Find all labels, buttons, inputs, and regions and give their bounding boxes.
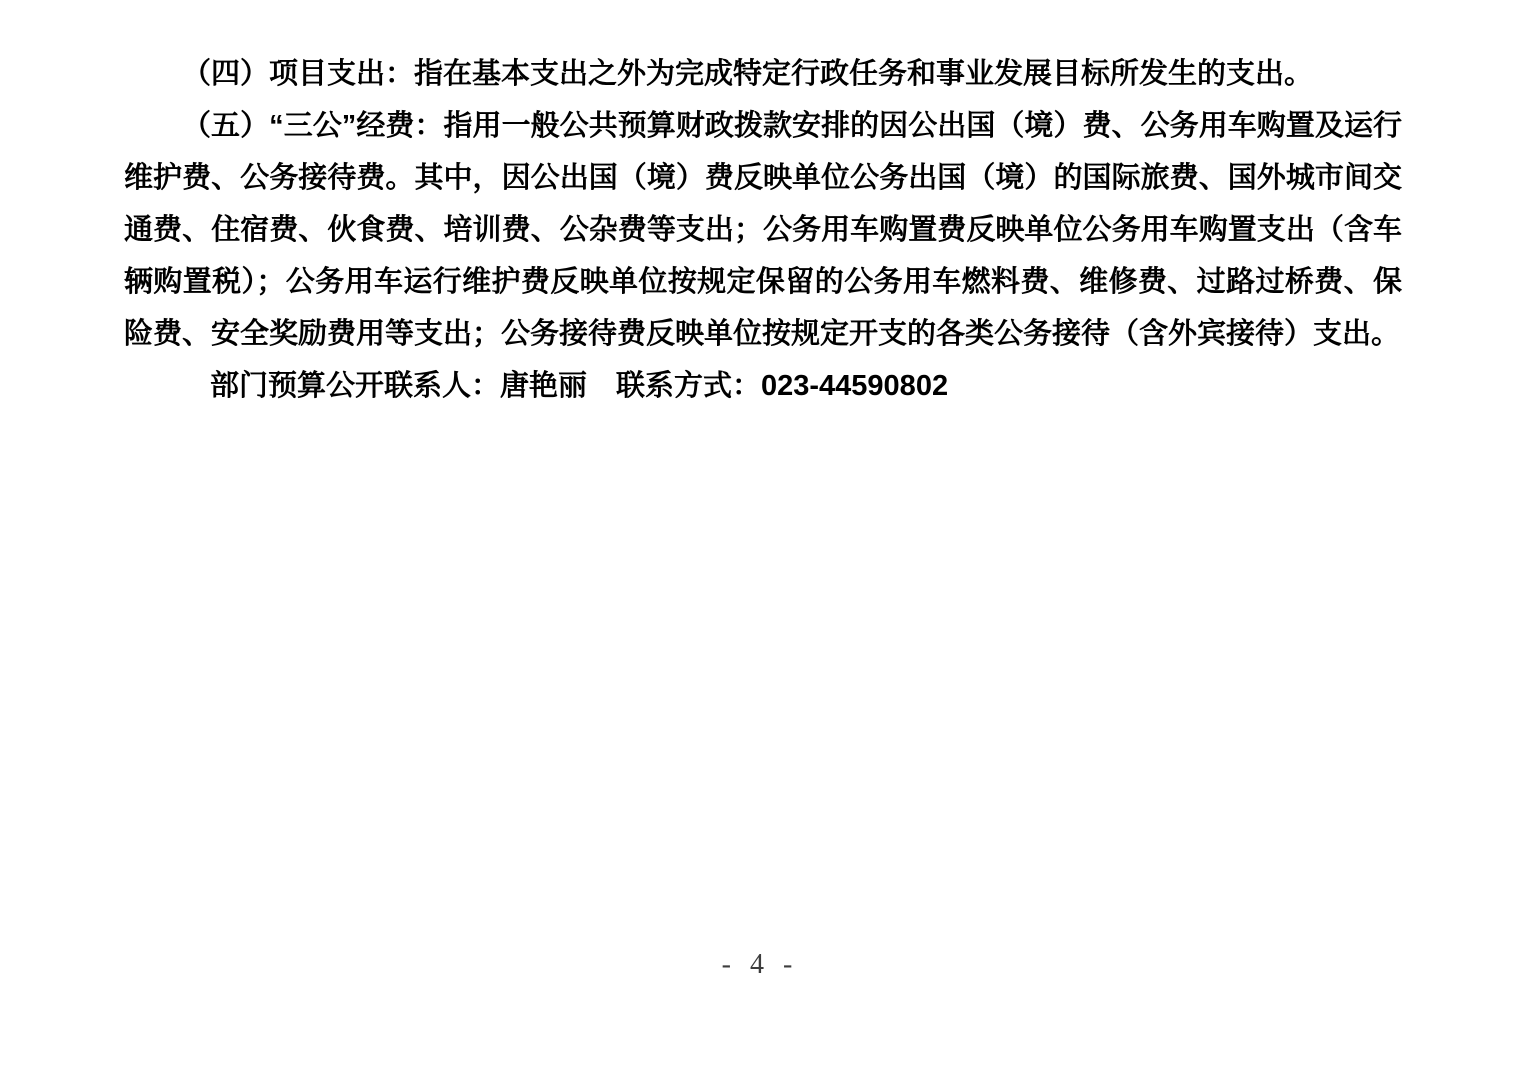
budget-contact-line: 部门预算公开联系人：唐艳丽 联系方式：023-44590802 bbox=[124, 360, 1402, 412]
paragraph-item-four: （四）项目支出：指在基本支出之外为完成特定行政任务和事业发展目标所发生的支出。 bbox=[124, 48, 1402, 100]
paragraph-item-five: （五）“三公”经费：指用一般公共预算财政拨款安排的因公出国（境）费、公务用车购置… bbox=[124, 100, 1402, 360]
page-number: - 4 - bbox=[0, 948, 1520, 982]
document-body: （四）项目支出：指在基本支出之外为完成特定行政任务和事业发展目标所发生的支出。 … bbox=[124, 48, 1402, 412]
document-page: （四）项目支出：指在基本支出之外为完成特定行政任务和事业发展目标所发生的支出。 … bbox=[0, 0, 1520, 1074]
